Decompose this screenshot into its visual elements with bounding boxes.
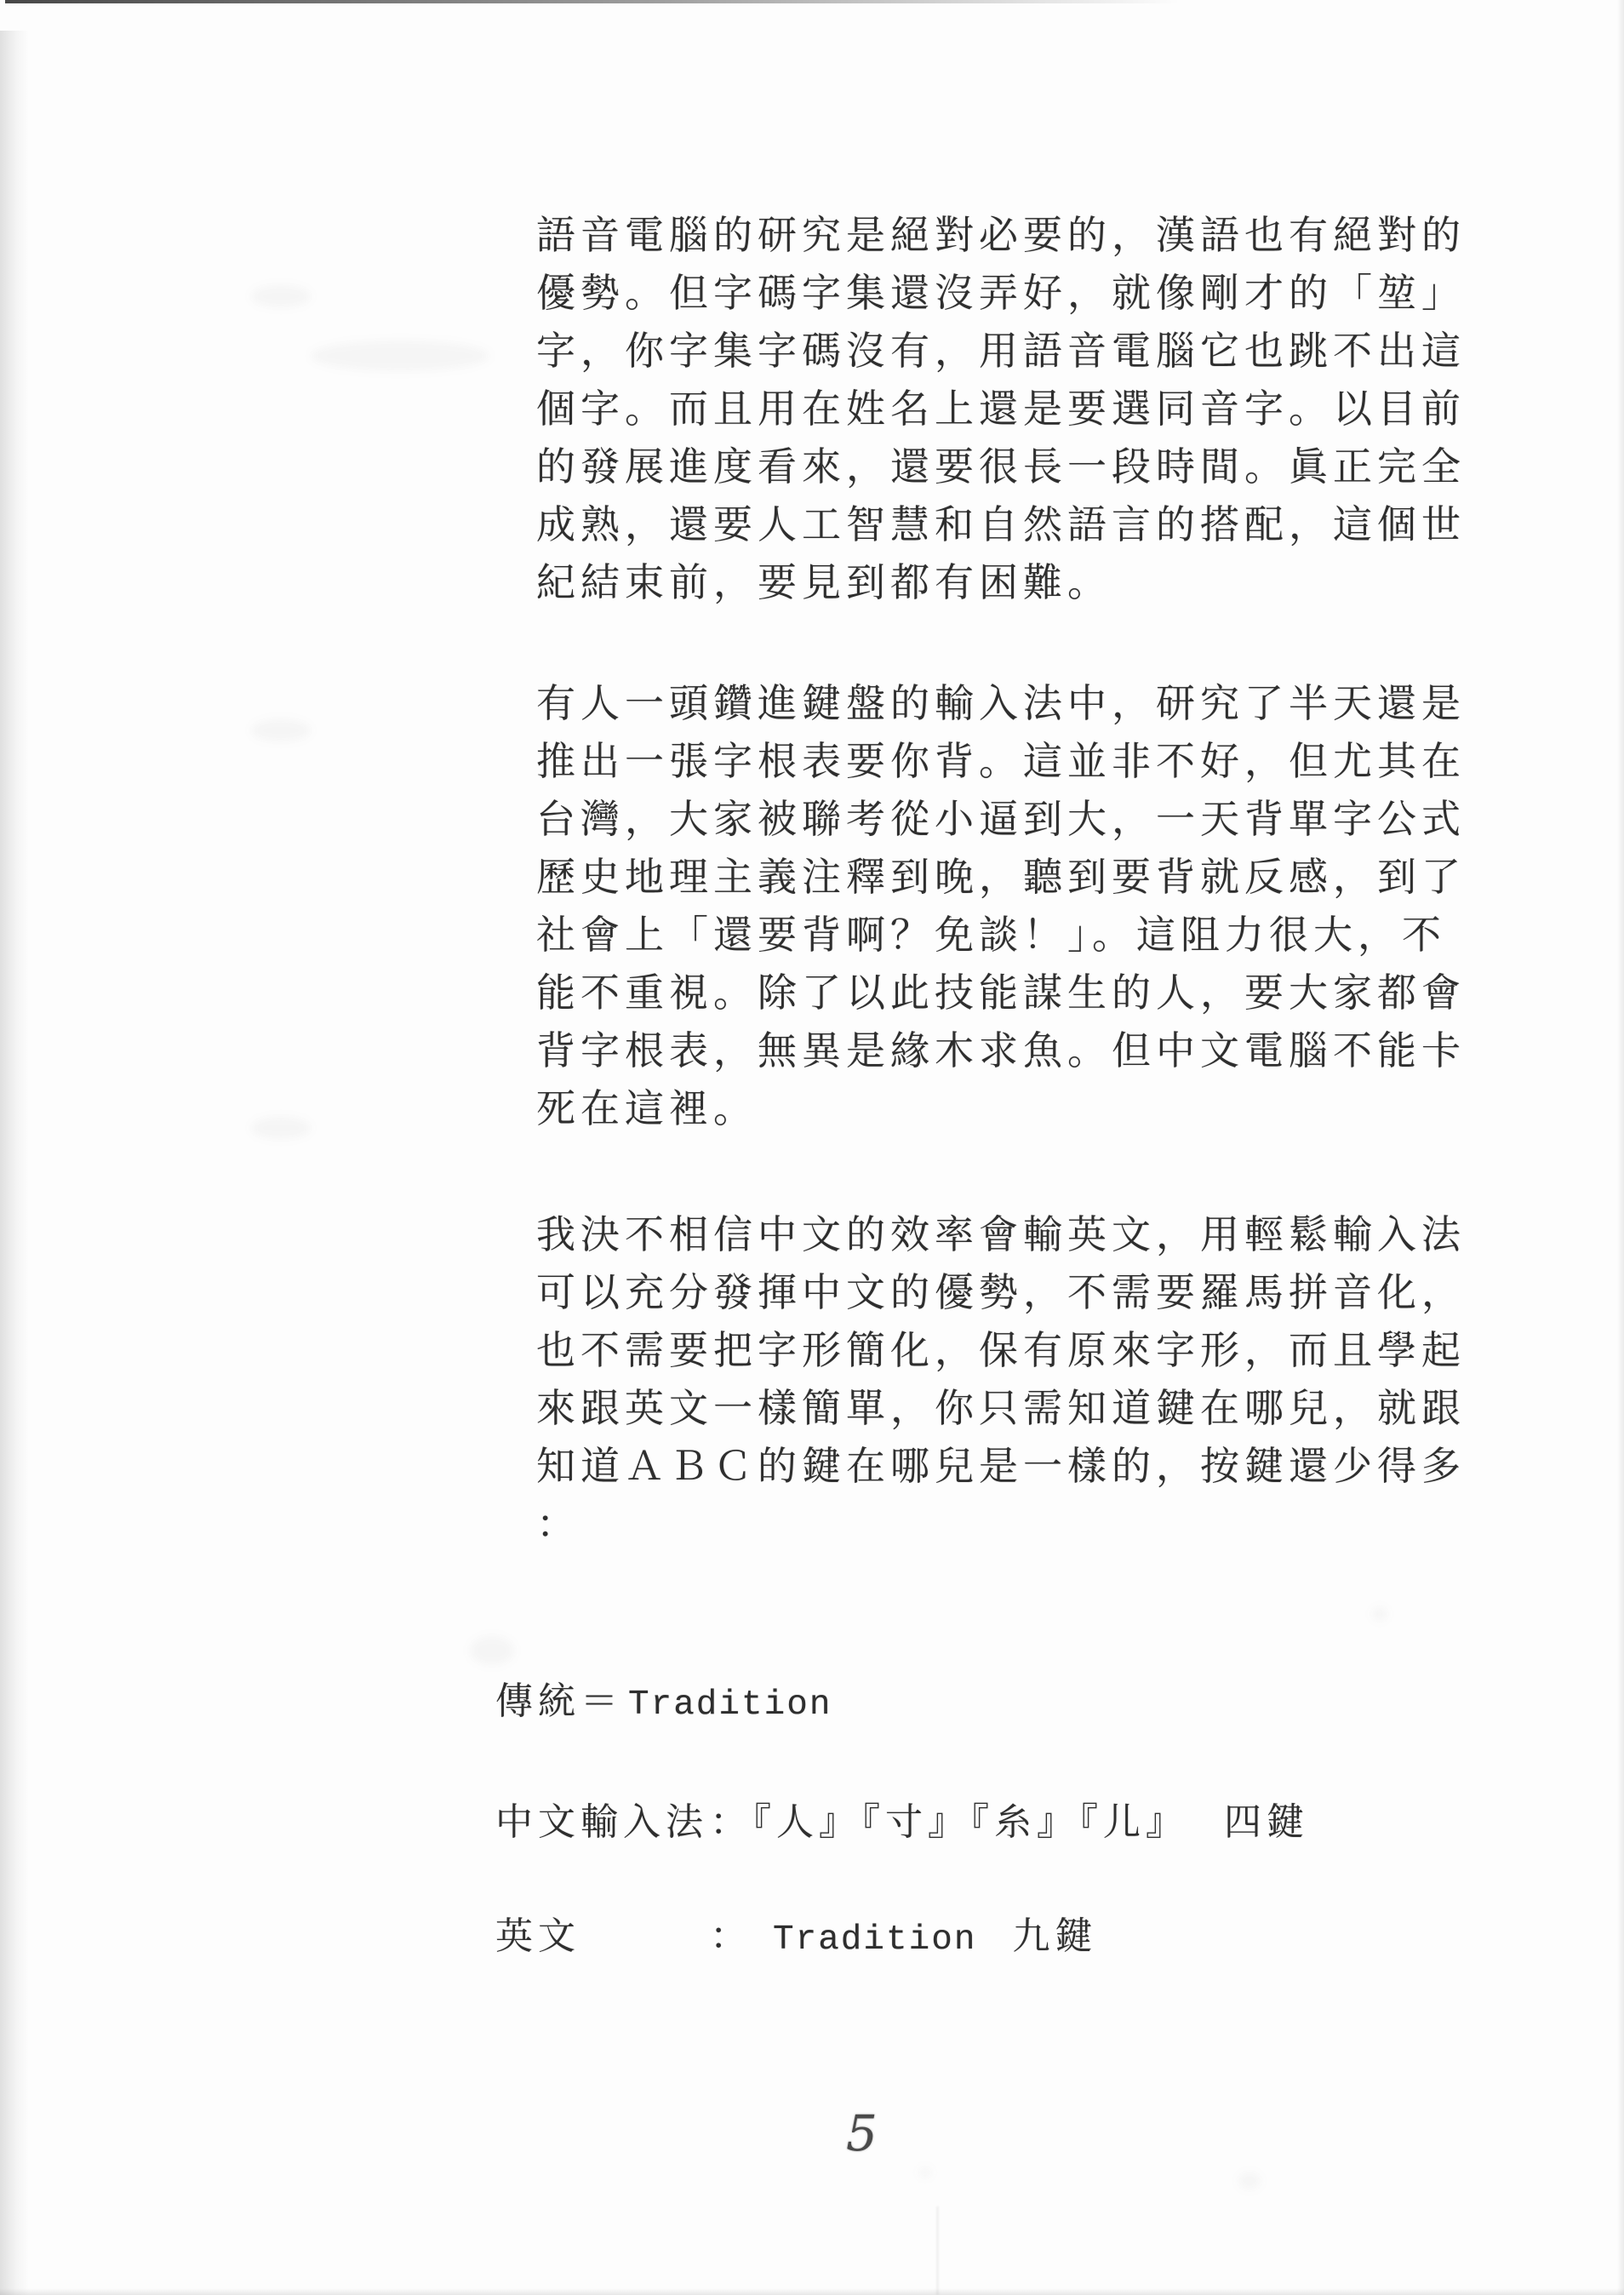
bleedthrough-smudge [251,285,311,307]
example-line-tradition: 傳統＝Tradition [495,1670,832,1725]
example-label: 英文 [495,1905,710,1960]
text-line: 能不重視。除了以此技能謀生的人，要大家都會 [536,964,1481,1022]
bleedthrough-smudge [311,341,489,371]
paragraph-3: 我決不相信中文的效率會輸英文，用輕鬆輸入法 可以充分發揮中文的優勢，不需要羅馬拼… [536,1205,1481,1553]
scan-edge-bottom [0,2288,1624,2295]
example-label: 中文輸入法 [495,1791,710,1846]
text-line: 語音電腦的研究是絕對必要的，漢語也有絕對的 [536,206,1481,264]
text-line: 來跟英文一樣簡單，你只需知道鍵在哪兒，就跟 [536,1379,1481,1437]
text-line: 社會上「還要背啊？免談！」。這阻力很大，不 [536,906,1481,964]
example-label: 傳統 [495,1670,580,1725]
scan-edge-right [1617,0,1624,2295]
scan-fold-line [936,2206,939,2295]
bleedthrough-smudge [1372,1607,1387,1621]
text-line: 的發展進度看來，還要很長一段時間。眞正完全 [536,438,1481,495]
example-line-chinese-input: 中文輸入法：『人』『寸』『糸』『儿』四鍵 [495,1791,1309,1846]
text-line: 也不需要把字形簡化，保有原來字形，而且學起 [536,1321,1481,1379]
text-line: 成熟，還要人工智慧和自然語言的搭配，這個世 [536,495,1481,553]
text-line: 可以充分發揮中文的優勢，不需要羅馬拼音化， [536,1263,1481,1321]
bleedthrough-smudge [470,1636,514,1665]
bleedthrough-smudge [919,2167,931,2178]
example-keycount: 四鍵 [1224,1800,1309,1844]
scan-edge-top [5,0,1180,3]
text-line: 推出一張字根表要你背。這並非不好，但尤其在 [536,732,1481,790]
text-line: 台灣，大家被聯考從小逼到大，一天背單字公式 [536,790,1481,848]
example-keycount: 九鍵 [1012,1914,1097,1958]
text-line: 個字。而且用在姓名上還是要選同音字。以目前 [536,380,1481,438]
page-number: 5 [846,2104,878,2162]
example-separator: ： [710,1800,752,1844]
example-separator: ＝ [580,1680,623,1723]
bleedthrough-smudge [1238,2172,1261,2189]
text-line: 紀結束前，要見到都有困難。 [536,553,1481,611]
paragraph-2: 有人一頭鑽進鍵盤的輸入法中，研究了半天還是 推出一張字根表要你背。這並非不好，但… [536,674,1481,1137]
example-value: 『人』『寸』『糸』『儿』 [752,1800,1188,1844]
bleedthrough-smudge [251,1117,311,1139]
text-line: 知道ＡＢＣ的鍵在哪兒是一樣的，按鍵還少得多 [536,1437,1481,1495]
example-separator: ： [710,1914,752,1958]
text-line: 字，你字集字碼沒有，用語音電腦它也跳不出這 [536,322,1481,380]
text-line: 優勢。但字碼字集還沒弄好，就像剛才的「堃」 [536,264,1481,322]
text-line: 我決不相信中文的效率會輸英文，用輕鬆輸入法 [536,1205,1481,1263]
text-line: 死在這裡。 [536,1079,1481,1137]
text-line: 歷史地理主義注釋到晚，聽到要背就反感，到了 [536,848,1481,906]
text-line: 背字根表，無異是緣木求魚。但中文電腦不能卡 [536,1022,1481,1079]
scan-edge-left [0,31,29,2295]
example-line-english-input: 英文：Tradition九鍵 [495,1905,1097,1960]
scanned-book-page: 語音電腦的研究是絕對必要的，漢語也有絕對的 優勢。但字碼字集還沒弄好，就像剛才的… [0,0,1624,2295]
example-latin-word: Tradition [773,1920,976,1960]
bleedthrough-smudge [251,719,311,741]
text-line: 有人一頭鑽進鍵盤的輸入法中，研究了半天還是 [536,674,1481,732]
paragraph-1: 語音電腦的研究是絕對必要的，漢語也有絕對的 優勢。但字碼字集還沒弄好，就像剛才的… [536,206,1481,611]
example-latin-word: Tradition [628,1685,832,1725]
text-line: ： [536,1495,1481,1553]
